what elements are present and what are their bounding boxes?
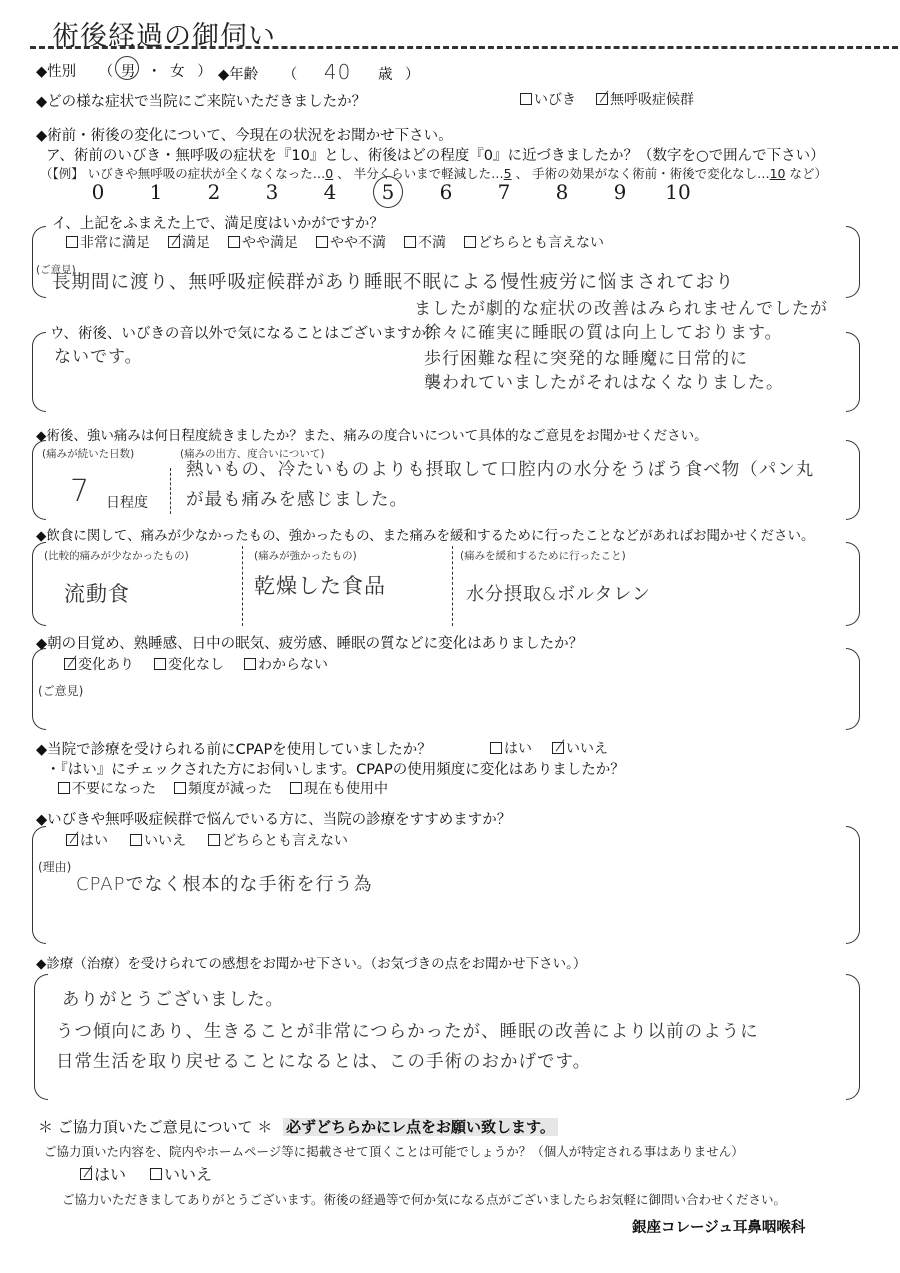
clinic-name: 銀座コレージュ耳鼻咽喉科 [632, 1216, 805, 1237]
consent-options: はい いいえ [80, 1162, 212, 1185]
option-still-using[interactable]: 現在も使用中 [290, 778, 388, 798]
change-question: ◆術前・術後の変化について、今現在の状況をお聞かせ下さい。 [36, 124, 453, 145]
option-very-satisfied[interactable]: 非常に満足 [66, 232, 150, 252]
bracket-right [846, 826, 860, 944]
option-no[interactable]: いいえ [130, 830, 186, 850]
scale-4[interactable]: 4 [310, 180, 350, 204]
consent-heading: ＊ ご協力頂いたご意見について ＊ 必ずどちらかにレ点をお願い致します。 [38, 1116, 558, 1137]
pain-detail-line-1[interactable]: 熱いもの、冷たいものよりも摂取して口腔内の水分をうばう食べ物（パン丸 [186, 456, 814, 481]
opinion-line-3[interactable]: 徐々に確実に睡眠の質は向上しております。 [424, 318, 783, 343]
thanks-message: ご協力いただきましてありがとうございます。術後の経過等で何か気になる点がございま… [62, 1190, 786, 1208]
age-label: ◆年齢 [218, 67, 258, 83]
checkbox-icon [464, 236, 476, 248]
pain-days-label: (痛みが続いた日数) [42, 446, 134, 461]
scale-10[interactable]: 10 [658, 180, 698, 204]
food-col-2-answer[interactable]: 乾燥した食品 [254, 570, 386, 600]
age-field[interactable]: 40 [324, 60, 351, 84]
checkbox-icon [404, 236, 416, 248]
option-no-longer-needed[interactable]: 不要になった [58, 778, 156, 798]
cpap-followup: ・『はい』にチェックされた方にお伺いします。CPAPの使用頻度に変化はありました… [46, 758, 625, 779]
symptoms-question: ◆どの様な症状で当院にご来院いただきましたか？ [36, 90, 366, 111]
selected-circle [115, 56, 139, 80]
reason-label: (理由) [38, 858, 71, 875]
scale-3[interactable]: 3 [252, 180, 292, 204]
other-concerns-prompt: ウ、術後、いびきの音以外で気になることはございますか？ [50, 322, 440, 343]
other-concerns-answer[interactable]: ないです。 [54, 342, 143, 367]
morning-options: 変化あり 変化なし わからない [64, 654, 328, 674]
scale-2[interactable]: 2 [194, 180, 234, 204]
scale-5-selected[interactable]: 5 [368, 180, 408, 204]
bracket-right [846, 974, 860, 1100]
age-row: ◆年齢 （ 40 歳 ） [218, 60, 420, 84]
checkbox-checked-icon [552, 742, 564, 754]
bracket-right [846, 332, 860, 412]
cpap-question: ◆当院で診療を受けられる前にCPAPを使用していましたか？ [36, 738, 432, 759]
scale-7[interactable]: 7 [484, 180, 524, 204]
morning-opinion-label: (ご意見) [38, 682, 83, 699]
bracket-left [34, 974, 48, 1100]
food-question: ◆飲食に関して、痛みが少なかったもの、強かったもの、また痛みを緩和するために行っ… [36, 524, 815, 544]
checkbox-apnea[interactable]: 無呼吸症候群 [596, 89, 694, 109]
impression-question: ◆診療（治療）を受けられての感想をお聞かせ下さい。（お気づきの点をお聞かせ下さい… [36, 952, 586, 972]
change-prompt-a: ア、術前のいびき・無呼吸の症状を『10』とし、術後はどの程度『0』に近づきました… [46, 144, 825, 165]
gender-label: ◆性別 [36, 64, 76, 80]
cpap-option-yes[interactable]: はい [490, 738, 532, 758]
morning-question: ◆朝の目覚め、熟睡感、日中の眠気、疲労感、睡眠の質などに変化はありましたか？ [36, 632, 583, 653]
opinion-line-1[interactable]: 長期間に渡り、無呼吸症候群があり睡眠不眠による慢性疲労に悩まされており [52, 268, 735, 294]
food-col-3-answer[interactable]: 水分摂取&ボルタレン [466, 580, 651, 606]
recommend-question: ◆いびきや無呼吸症候群で悩んでいる方に、当院の診療をすすめますか？ [36, 808, 511, 829]
column-divider [452, 546, 453, 626]
option-neutral[interactable]: どちらとも言えない [464, 232, 604, 252]
checkbox-icon [174, 782, 186, 794]
cpap-option-no[interactable]: いいえ [552, 738, 608, 758]
gender-row: ◆性別 （ 男 ・ 女 ） [36, 60, 212, 81]
pain-days-field[interactable]: 7 [70, 474, 90, 509]
opinion-line-4[interactable]: 歩行困難な程に突発的な睡魔に日常的に [424, 344, 748, 369]
option-unknown[interactable]: わからない [244, 654, 328, 674]
option-no-change[interactable]: 変化なし [154, 654, 224, 674]
checkbox-snoring[interactable]: いびき [520, 89, 576, 109]
option-less-frequent[interactable]: 頻度が減った [174, 778, 272, 798]
satisfaction-options: 非常に満足 満足 やや満足 やや不満 不満 どちらとも言えない [66, 232, 604, 252]
cpap-followup-options: 不要になった 頻度が減った 現在も使用中 [58, 778, 388, 798]
checkbox-icon [208, 834, 220, 846]
consent-question: ご協力頂いた内容を、院内やホームページ等に掲載させて頂くことは可能でしょうか？（… [44, 1142, 744, 1160]
option-neutral[interactable]: どちらとも言えない [208, 830, 348, 850]
scale-8[interactable]: 8 [542, 180, 582, 204]
reason-field[interactable]: CPAPでなく根本的な手術を行う為 [76, 870, 372, 896]
recommend-options: はい いいえ どちらとも言えない [66, 830, 348, 850]
food-col-3-label: (痛みを緩和するために行ったこと) [460, 548, 626, 563]
checkbox-icon [150, 1168, 162, 1180]
option-somewhat-dissatisfied[interactable]: やや不満 [316, 232, 386, 252]
checkbox-icon [228, 236, 240, 248]
checkbox-icon [290, 782, 302, 794]
pain-days-unit: 日程度 [106, 492, 148, 512]
checkbox-checked-icon [66, 834, 78, 846]
bracket-right [846, 648, 860, 730]
option-somewhat-satisfied[interactable]: やや満足 [228, 232, 298, 252]
impression-line-2[interactable]: うつ傾向にあり、生きることが非常につらかったが、睡眠の改善により以前のように [56, 1018, 759, 1043]
scale-1[interactable]: 1 [136, 180, 176, 204]
food-col-2-label: (痛みが強かったもの) [254, 548, 357, 563]
checkbox-icon [154, 658, 166, 670]
bracket-right [846, 440, 860, 520]
impression-line-1[interactable]: ありがとうございました。 [62, 986, 284, 1011]
checkbox-checked-icon [64, 658, 76, 670]
scale-6[interactable]: 6 [426, 180, 466, 204]
checkbox-checked-icon [168, 236, 180, 248]
morning-opinion-field[interactable] [90, 696, 830, 724]
scale-9[interactable]: 9 [600, 180, 640, 204]
food-col-1-answer[interactable]: 流動食 [64, 578, 130, 608]
checkbox-icon [316, 236, 328, 248]
pain-question: ◆術後、強い痛みは何日程度続きましたか？また、痛みの度合いについて具体的なご意見… [36, 424, 708, 444]
consent-option-yes[interactable]: はい [80, 1162, 126, 1185]
checkbox-icon [520, 93, 532, 105]
checkbox-icon [490, 742, 502, 754]
checkbox-icon [66, 236, 78, 248]
food-col-1-label: (比較的痛みが少なかったもの) [44, 548, 189, 563]
gender-option-female[interactable]: 女 [170, 64, 185, 80]
column-divider [242, 546, 243, 626]
option-yes[interactable]: はい [66, 830, 108, 850]
option-changed[interactable]: 変化あり [64, 654, 134, 674]
checkbox-checked-icon [80, 1168, 92, 1180]
option-satisfied[interactable]: 満足 [168, 232, 210, 252]
bracket-right [846, 226, 860, 298]
bracket-right [846, 542, 860, 626]
column-divider [170, 468, 171, 514]
bracket-left [32, 826, 46, 944]
symptom-scale: 0 1 2 3 4 5 6 7 8 9 10 [78, 180, 698, 204]
option-dissatisfied[interactable]: 不満 [404, 232, 446, 252]
scale-0[interactable]: 0 [78, 180, 118, 204]
checkbox-icon [130, 834, 142, 846]
title-divider [30, 46, 898, 49]
bracket-left [32, 332, 46, 412]
impression-line-3[interactable]: 日常生活を取り戻せることになるとは、この手術のおかげです。 [56, 1048, 591, 1073]
checkbox-icon [58, 782, 70, 794]
checkbox-icon [244, 658, 256, 670]
opinion-line-5[interactable]: 襲われていましたがそれはなくなりました。 [424, 368, 784, 393]
pain-detail-line-2[interactable]: が最も痛みを感じました。 [186, 486, 408, 511]
checkbox-checked-icon [596, 93, 608, 105]
satisfaction-prompt: イ、上記をふまえた上で、満足度はいかがですか？ [52, 212, 384, 233]
consent-option-no[interactable]: いいえ [150, 1162, 212, 1185]
gender-option-male[interactable]: 男 [118, 60, 139, 81]
opinion-line-2[interactable]: ましたが劇的な症状の改善はみられませんでしたが [414, 294, 828, 319]
